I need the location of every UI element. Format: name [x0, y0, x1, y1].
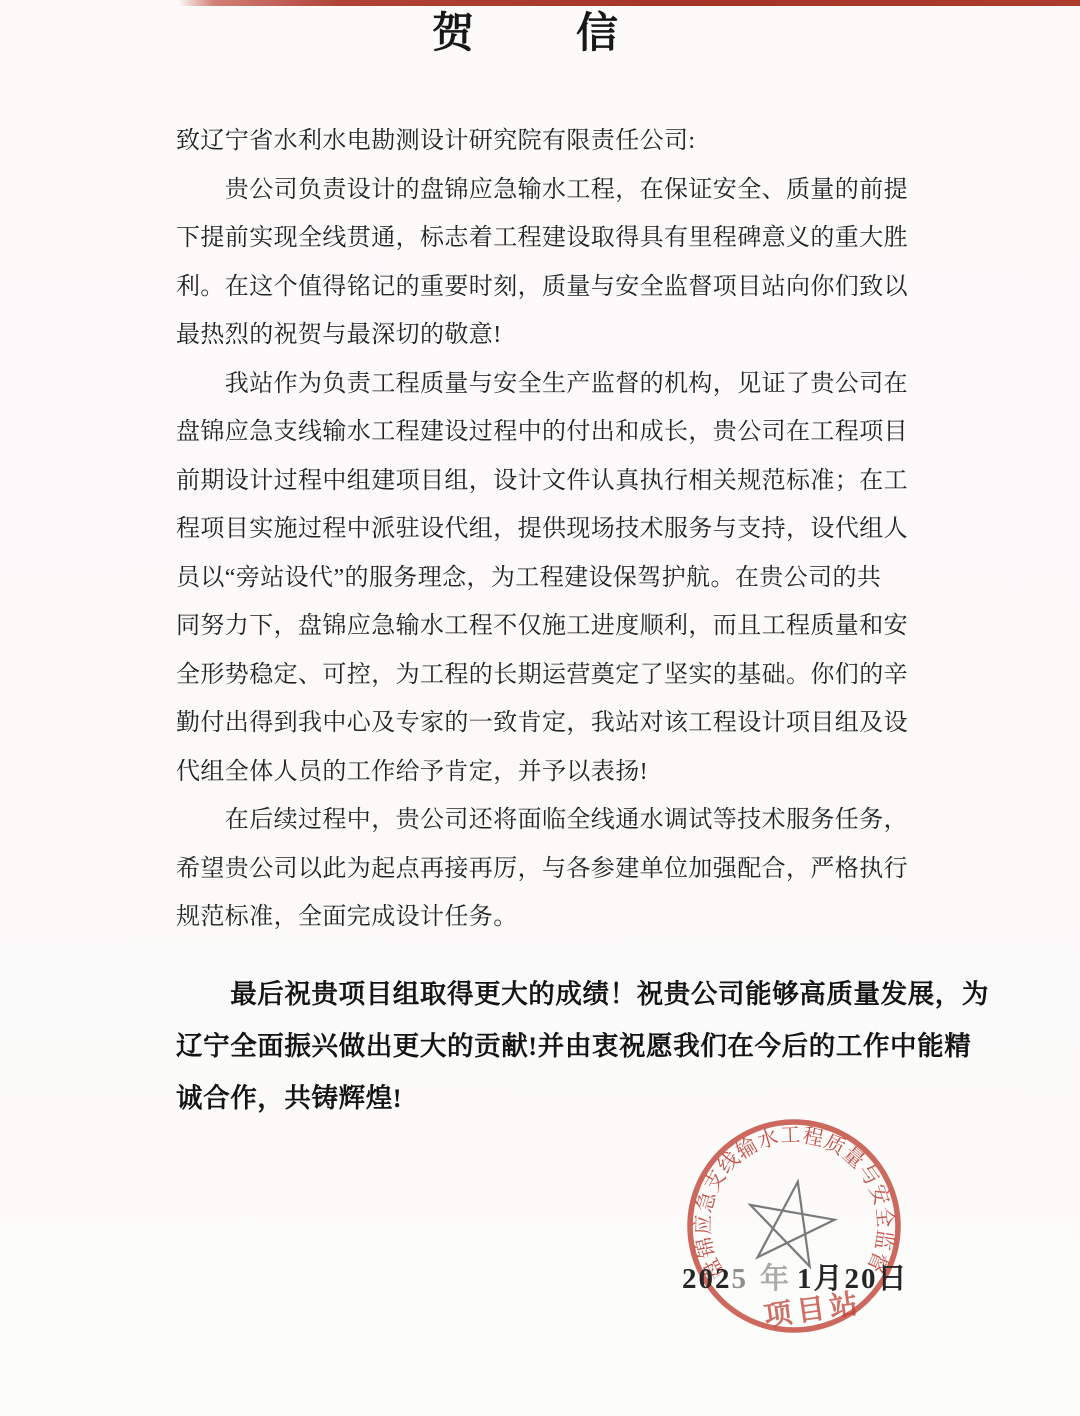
letter-salutation: 致辽宁省水利水电勘测设计研究院有限责任公司: — [176, 117, 976, 166]
letter-closing-paragraph: 最后祝贵项目组取得更大的成绩！祝贵公司能够高质量发展，为 辽宁全面振兴做出更大的… — [176, 968, 976, 1124]
seal-ring-text: 盘锦应急支线输水工程质量与安全监督 — [691, 1123, 898, 1284]
date-line: 2025年1月20日 — [682, 1262, 909, 1296]
letter-paragraph-2: 我站作为负责工程质量与安全生产监督的机构，见证了贵公司在 盘锦应急支线输水工程建… — [176, 360, 976, 797]
letter-body: 致辽宁省水利水电勘测设计研究院有限责任公司: 贵公司负责设计的盘锦应急输水工程，… — [176, 117, 976, 1124]
official-seal: 盘锦应急支线输水工程质量与安全监督 项目站 — [684, 1116, 904, 1336]
date-faded-digit: 5 — [732, 1263, 749, 1295]
letter-paragraph-1: 贵公司负责设计的盘锦应急输水工程，在保证安全、质量的前提 下提前实现全线贯通，标… — [176, 166, 976, 360]
date-rest: 1月20日 — [797, 1263, 909, 1295]
star-icon — [750, 1182, 834, 1267]
letter-paragraph-3: 在后续过程中，贵公司还将面临全线通水调试等技术服务任务， 希望贵公司以此为起点再… — [176, 796, 976, 942]
date-faded-year-char: 年 — [760, 1263, 791, 1295]
date-prefix: 202 — [682, 1263, 732, 1295]
letter-title: 贺 信 — [0, 6, 1080, 62]
letter-page: 贺 信 致辽宁省水利水电勘测设计研究院有限责任公司: 贵公司负责设计的盘锦应急输… — [0, 0, 1080, 1416]
